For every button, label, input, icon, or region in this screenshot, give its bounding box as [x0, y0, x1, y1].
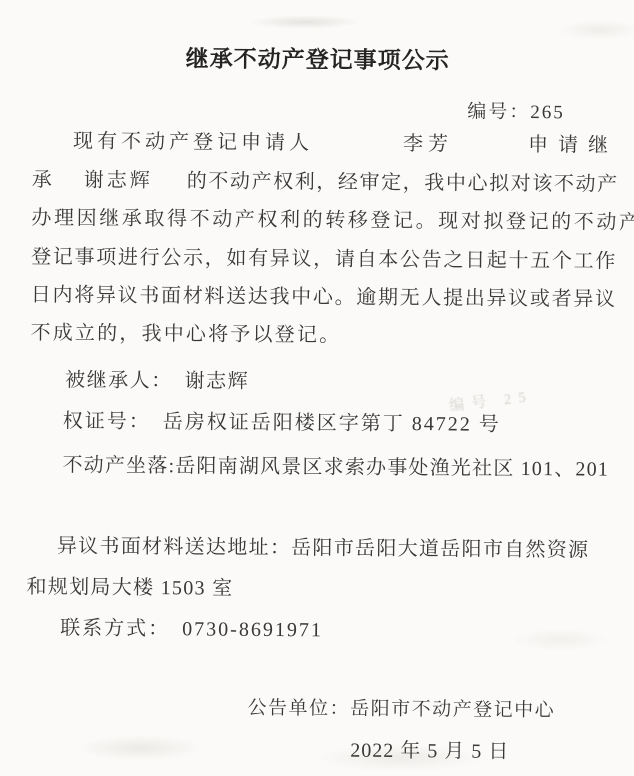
paragraph-line-6: 不成立的，我中心将予以登记。 — [30, 316, 341, 347]
decedent-name-inline: 谢志辉 — [84, 164, 153, 194]
decedent-row: 被继承人：谢志辉 — [65, 363, 249, 393]
issuer-row: 公告单位：岳阳市不动产登记中心 — [248, 693, 556, 722]
scanned-notice-page: 继承不动产登记事项公示 编号：265 现有不动产登记申请人 李芳 申请继 承 谢… — [0, 0, 634, 776]
document-number: 编号：265 — [467, 97, 565, 125]
issuer-label: 公告单位： — [248, 698, 351, 720]
decedent-value: 谢志辉 — [185, 370, 250, 393]
decedent-label: 被继承人： — [65, 369, 173, 392]
applicant-name: 李芳 — [403, 127, 453, 156]
property-location-value: 岳阳南湖风景区求索办事处渔光社区 101、201 — [175, 455, 609, 480]
paragraph-line-1-tail: 申请继 — [528, 128, 618, 158]
contact-label: 联系方式： — [60, 617, 170, 640]
contact-row: 联系方式：0730-8691971 — [60, 611, 323, 642]
objection-address-value-1: 岳阳市岳阳大道岳阳市自然资源 — [291, 537, 589, 561]
objection-address-line-2: 和规划局大楼 1503 室 — [26, 570, 233, 601]
certificate-label: 权证号： — [63, 410, 151, 433]
contact-value: 0730-8691971 — [182, 618, 323, 641]
paragraph-line-1-text: 现有不动产登记申请人 — [73, 124, 313, 155]
paragraph-line-3: 办理因继承取得不动产权利的转移登记。现对拟登记的不动产 — [31, 201, 634, 235]
paragraph-line-2-head: 承 — [32, 163, 52, 192]
paragraph-line-5: 日内将异议书面材料送达我中心。逾期无人提出异议或者异议 — [31, 278, 617, 312]
paragraph-line-4: 登记事项进行公示，如有异议，请自本公告之日起十五个工作 — [31, 240, 617, 274]
certificate-row: 权证号：岳房权证岳阳楼区字第丁 84722 号 — [63, 404, 501, 436]
notice-content: 继承不动产登记事项公示 编号：265 现有不动产登记申请人 李芳 申请继 承 谢… — [0, 0, 634, 776]
property-location-label: 不动产坐落: — [62, 454, 175, 477]
issuer-value: 岳阳市不动产登记中心 — [350, 699, 555, 722]
paragraph-line-2-text: 的不动产权利，经审定，我中心拟对该不动产 — [187, 164, 619, 196]
property-location-row: 不动产坐落:岳阳南湖风景区求索办事处渔光社区 101、201 — [62, 448, 609, 481]
objection-address-line-1: 异议书面材料送达地址：岳阳市岳阳大道岳阳市自然资源 — [57, 529, 590, 562]
paragraph-line-2: 承 谢志辉 的不动产权利，经审定，我中心拟对该不动产 — [0, 163, 633, 168]
objection-address-label: 异议书面材料送达地址： — [57, 535, 291, 559]
issue-date: 2022 年 5 月 5 日 — [350, 734, 509, 764]
paragraph-line-1: 现有不动产登记申请人 李芳 申请继 — [0, 124, 633, 129]
document-title: 继承不动产登记事项公示 — [186, 40, 450, 75]
